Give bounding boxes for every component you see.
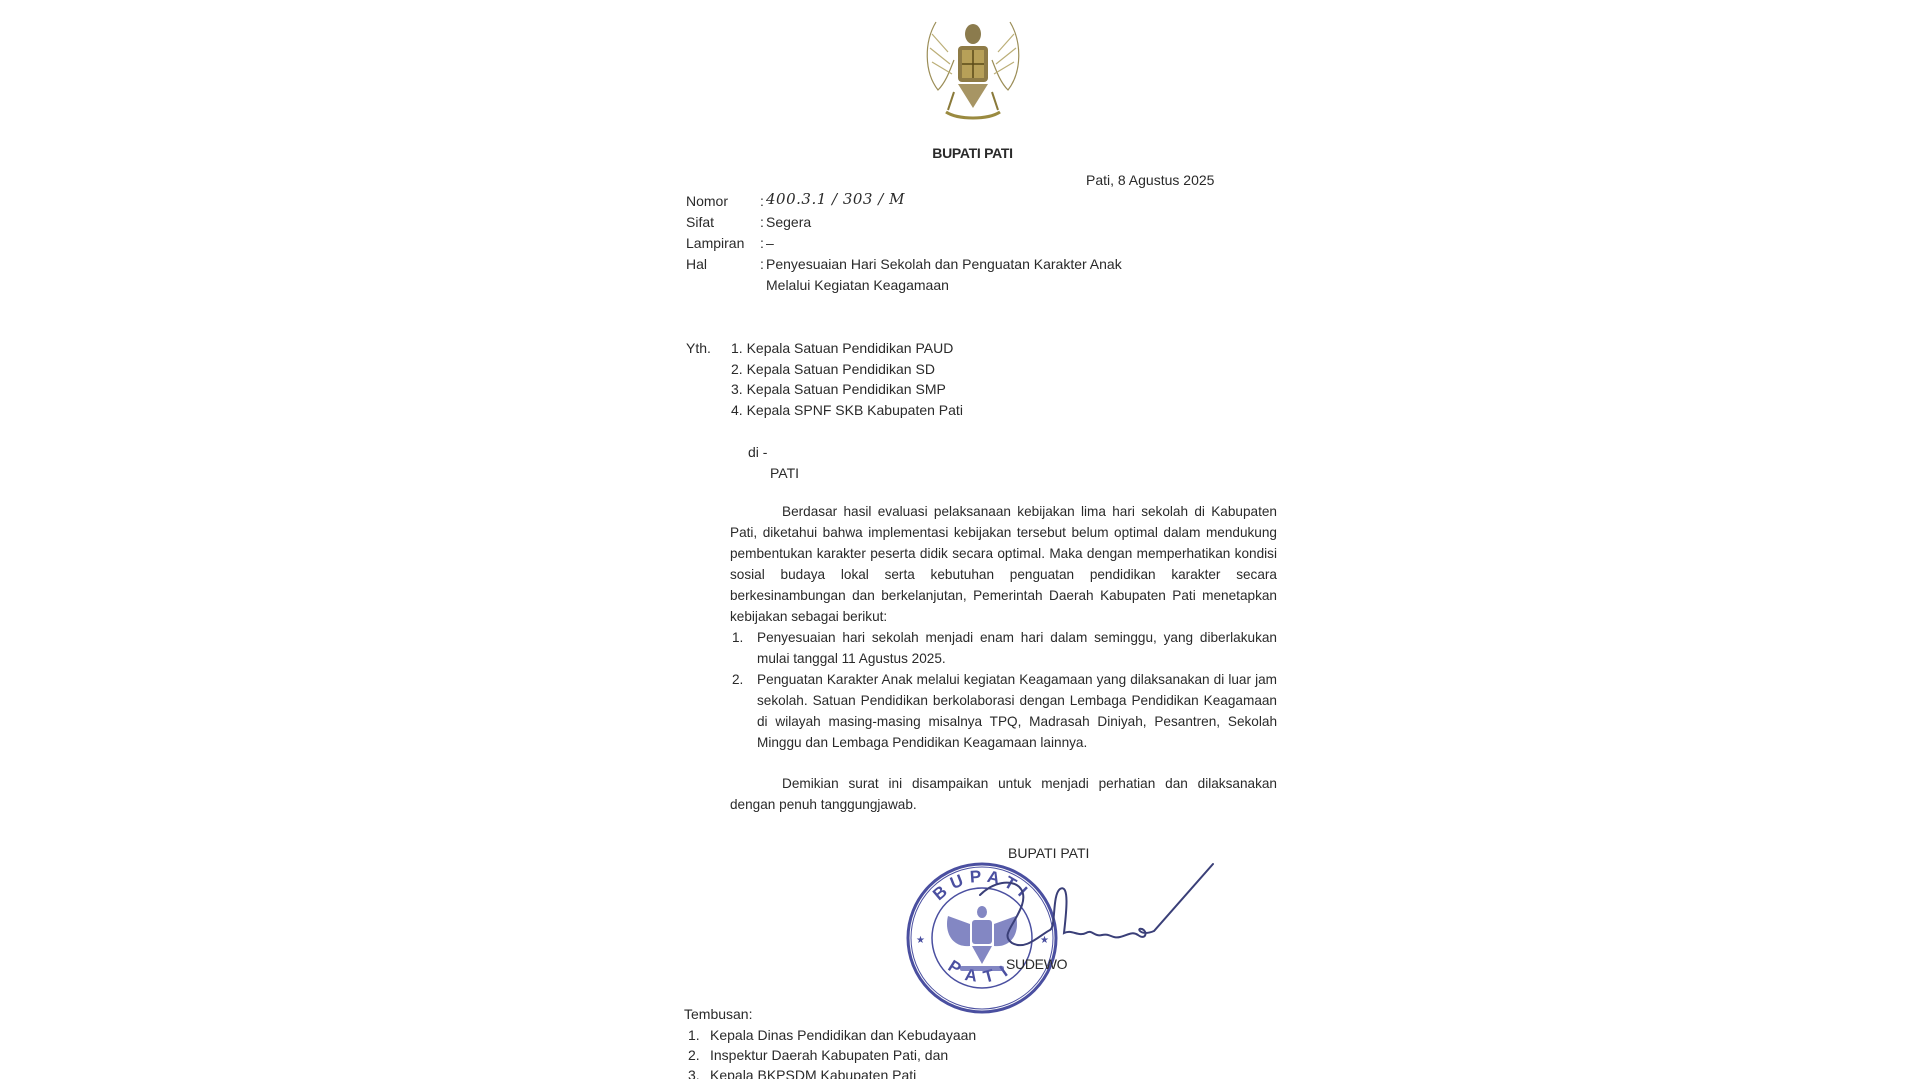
body-intro: Berdasar hasil evaluasi pelaksanaan kebi…	[730, 502, 1277, 627]
svg-text:★: ★	[916, 935, 925, 946]
cc-item: 2.Inspektur Daerah Kabupaten Pati, dan	[688, 1047, 948, 1063]
policy-list: 1. Penyesuaian hari sekolah menjadi enam…	[730, 628, 1277, 753]
cc-item-text: Kepala Dinas Pendidikan dan Kebudayaan	[710, 1027, 976, 1043]
letterhead-title: BUPATI PATI	[0, 145, 1919, 161]
signature-scribble-icon	[960, 855, 1230, 965]
recipient-item: 3. Kepala Satuan Pendidikan SMP	[731, 381, 946, 397]
nomor-label: Nomor	[686, 193, 760, 209]
policy-item-num: 1.	[732, 628, 743, 649]
policy-item-num: 2.	[732, 670, 743, 691]
body-intro-text: Berdasar hasil evaluasi pelaksanaan kebi…	[730, 504, 1277, 624]
garuda-emblem-icon	[918, 12, 1028, 134]
body-closing-text: Demikian surat ini disampaikan untuk men…	[730, 776, 1277, 812]
lampiran-value: –	[766, 235, 774, 251]
policy-item-text: Penguatan Karakter Anak melalui kegiatan…	[757, 672, 1277, 750]
cc-item-text: Kepala BKPSDM Kabupaten Pati	[710, 1067, 916, 1079]
recipient-label: Yth.	[686, 340, 711, 356]
cc-item-num: 2.	[688, 1047, 710, 1063]
sifat-label: Sifat	[686, 214, 760, 230]
policy-item: 2. Penguatan Karakter Anak melalui kegia…	[730, 670, 1277, 754]
cc-item-num: 3.	[688, 1067, 710, 1079]
cc-item: 1.Kepala Dinas Pendidikan dan Kebudayaan	[688, 1027, 976, 1043]
policy-item: 1. Penyesuaian hari sekolah menjadi enam…	[730, 628, 1277, 670]
recipient-item: 4. Kepala SPNF SKB Kabupaten Pati	[731, 402, 963, 418]
colon: :	[760, 193, 764, 209]
cc-item-text: Inspektur Daerah Kabupaten Pati, dan	[710, 1047, 948, 1063]
lampiran-label: Lampiran	[686, 235, 760, 251]
recipient-place: PATI	[770, 465, 799, 481]
cc-label: Tembusan:	[684, 1006, 752, 1022]
recipient-item: 2. Kepala Satuan Pendidikan SD	[731, 361, 935, 377]
recipient-item: 1. Kepala Satuan Pendidikan PAUD	[731, 340, 953, 356]
hal-value-line1: Penyesuaian Hari Sekolah dan Penguatan K…	[766, 256, 1122, 272]
cc-item-num: 1.	[688, 1027, 710, 1043]
policy-item-text: Penyesuaian hari sekolah menjadi enam ha…	[757, 630, 1277, 666]
colon: :	[760, 214, 764, 230]
signatory-name: SUDEWO	[1006, 956, 1067, 972]
body-closing: Demikian surat ini disampaikan untuk men…	[730, 774, 1277, 816]
letter-date: Pati, 8 Agustus 2025	[1086, 172, 1214, 188]
recipient-di: di -	[748, 444, 767, 460]
hal-label: Hal	[686, 256, 760, 272]
colon: :	[760, 235, 764, 251]
sifat-value: Segera	[766, 214, 811, 230]
colon: :	[760, 256, 764, 272]
nomor-value: 400.3.1 / 303 / M	[766, 190, 905, 208]
hal-value-line2: Melalui Kegiatan Keagamaan	[766, 277, 949, 293]
cc-item: 3.Kepala BKPSDM Kabupaten Pati	[688, 1067, 916, 1079]
